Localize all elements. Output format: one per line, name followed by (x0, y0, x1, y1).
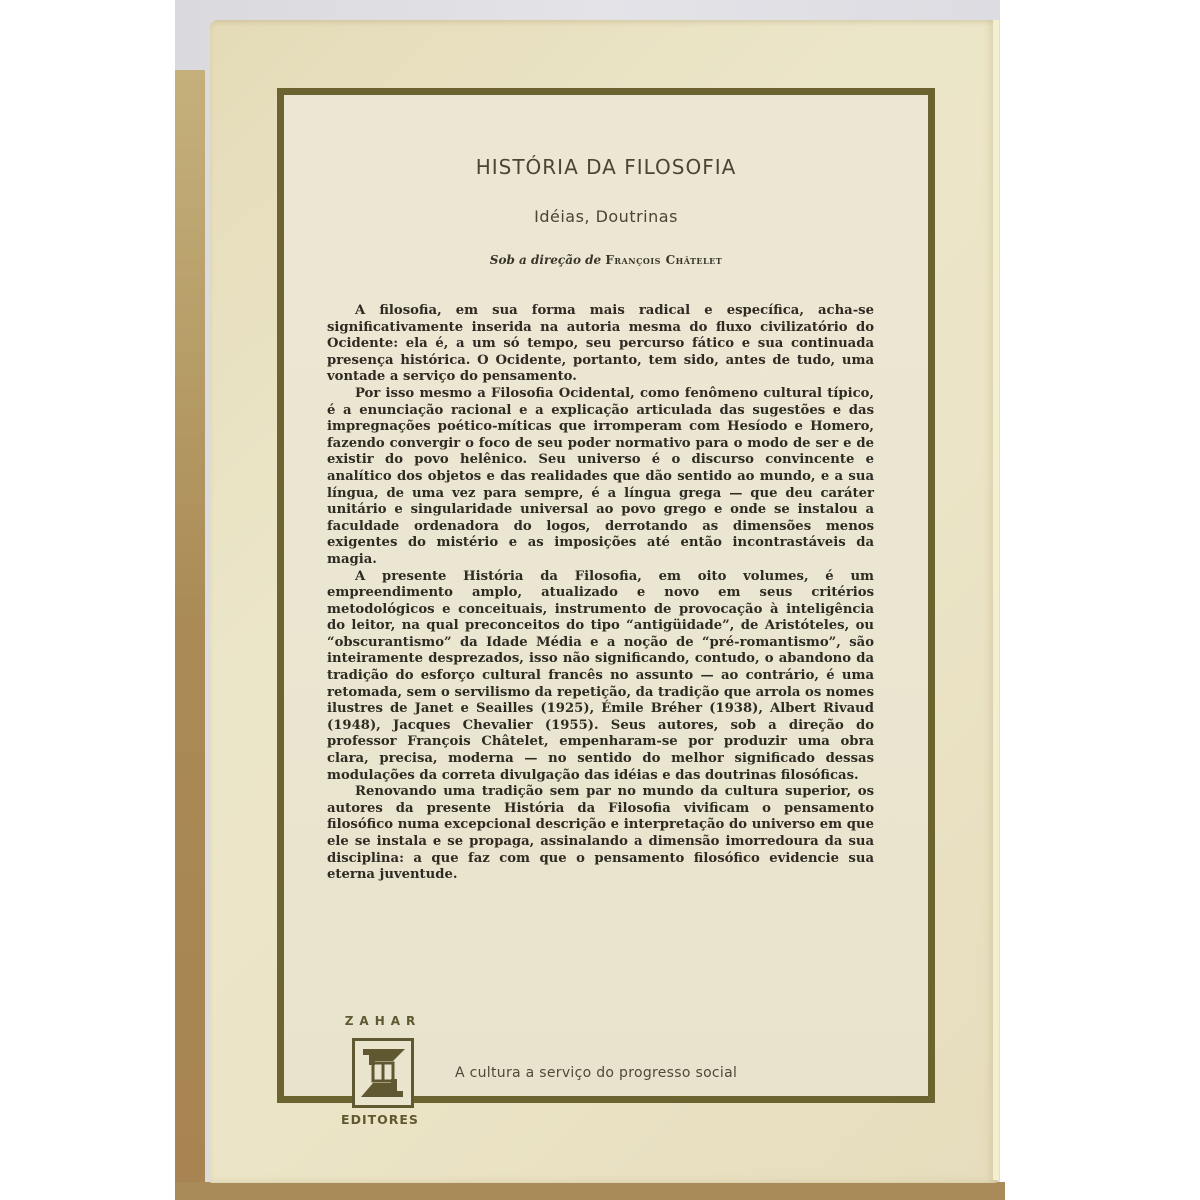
publisher-motto: A cultura a serviço do progresso social (455, 1065, 737, 1081)
book-title: HISTÓRIA DA FILOSOFIA (284, 155, 928, 179)
book-subtitle: Idéias, Doutrinas (284, 207, 928, 226)
blurb-paragraph: Renovando uma tradição sem par no mundo … (327, 784, 874, 884)
publisher-logo: ZAHAR EDITORES (335, 1014, 425, 1134)
direction-prefix: Sob a direção de (490, 253, 601, 267)
zahar-book-logo-icon (352, 1038, 414, 1108)
blurb-paragraph: A presente História da Filosofia, em oit… (327, 569, 874, 785)
book-shadow-bottom (175, 1182, 1005, 1200)
publisher-name-bottom: EDITORES (335, 1112, 425, 1127)
page-edge (993, 20, 999, 1180)
blurb: A filosofia, em sua forma mais radical e… (327, 303, 874, 884)
editorial-direction: Sob a direção de François Châtelet (284, 253, 928, 267)
blurb-paragraph: A filosofia, em sua forma mais radical e… (327, 303, 874, 386)
text-frame: HISTÓRIA DA FILOSOFIA Idéias, Doutrinas … (277, 88, 935, 1103)
blurb-paragraph: Por isso mesmo a Filosofia Ocidental, co… (327, 386, 874, 569)
publisher-name-top: ZAHAR (335, 1014, 425, 1028)
book-shadow (175, 70, 205, 1200)
director-name: François Châtelet (605, 253, 722, 267)
